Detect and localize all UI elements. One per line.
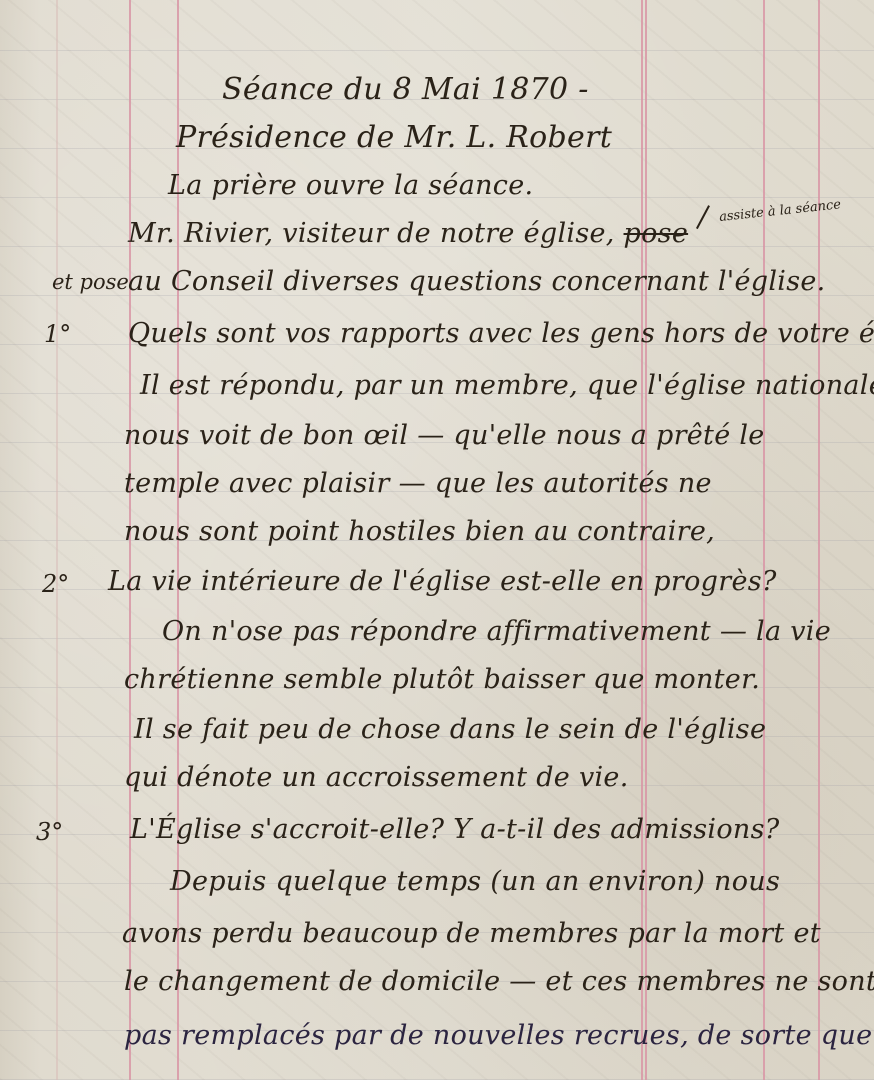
answer-1-line-3: temple avec plaisir — que les autorités … (124, 468, 712, 499)
answer-2-line-2: chrétienne semble plutôt baisser que mon… (124, 664, 760, 695)
question-number-3: 3° (36, 818, 63, 846)
answer-3-line-1: Depuis quelque temps (un an environ) nou… (170, 866, 780, 897)
intro-line-1: Mr. Rivier, visiteur de notre église, po… (128, 218, 688, 249)
answer-2-line-4: qui dénote un accroissement de vie. (124, 762, 629, 793)
question-3: L'Église s'accroit-elle? Y a-t-il des ad… (130, 814, 780, 845)
margin-note-et-pose: et pose (52, 270, 129, 294)
opening-line: La prière ouvre la séance. (168, 170, 533, 201)
struck-word: pose (624, 218, 689, 249)
answer-3-line-3: le changement de domicile — et ces membr… (124, 966, 874, 997)
heading-presidency: Présidence de Mr. L. Robert (176, 120, 612, 155)
question-number-1: 1° (44, 320, 71, 348)
answer-3-line-2: avons perdu beaucoup de membres par la m… (122, 918, 821, 949)
answer-1-line-4: nous sont point hostiles bien au contrai… (124, 516, 715, 547)
question-2: La vie intérieure de l'église est-elle e… (108, 566, 777, 597)
question-1: Quels sont vos rapports avec les gens ho… (128, 318, 874, 349)
answer-1-line-1: Il est répondu, par un membre, que l'égl… (140, 370, 874, 401)
answer-2-line-3: Il se fait peu de chose dans le sein de … (134, 714, 766, 745)
insertion-note: assiste à la séance (718, 197, 841, 225)
intro-line-2: au Conseil diverses questions concernant… (128, 266, 826, 297)
question-number-2: 2° (42, 570, 69, 598)
insertion-caret (696, 205, 710, 229)
answer-1-line-2: nous voit de bon œil — qu'elle nous a pr… (124, 420, 765, 451)
heading-date: Séance du 8 Mai 1870 - (222, 72, 589, 107)
intro-line-1-text: Mr. Rivier, visiteur de notre église, (128, 218, 615, 249)
faint-rule-left (56, 0, 58, 1080)
answer-3-line-4: pas remplacés par de nouvelles recrues, … (124, 1020, 872, 1051)
manuscript-page: Séance du 8 Mai 1870 - Présidence de Mr.… (0, 0, 874, 1080)
answer-2-line-1: On n'ose pas répondre affirmativement — … (162, 616, 831, 647)
